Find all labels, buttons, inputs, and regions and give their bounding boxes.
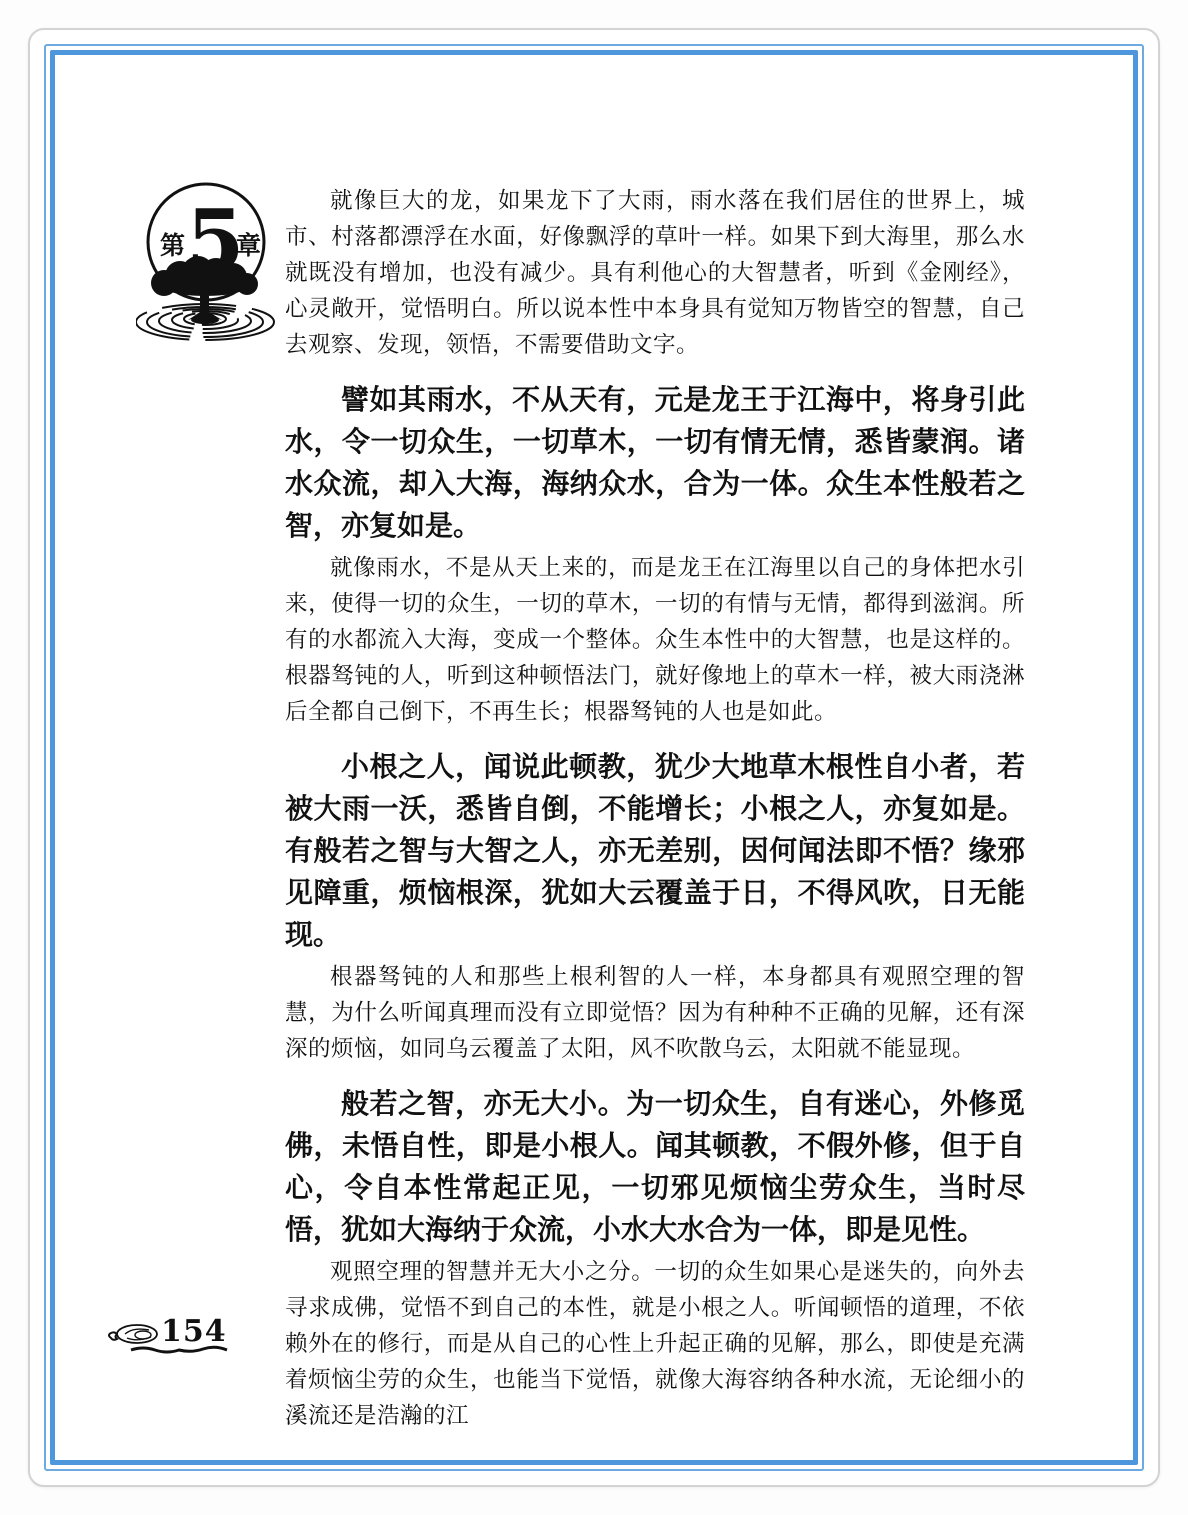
page-number: 154 [161,1314,227,1349]
chapter-suffix: 章 [236,231,261,260]
chapter-badge-graphic: 第 5 章 [136,180,286,350]
paragraph-sutra-quote-2: 小根之人，闻说此顿教，犹少大地草木根性自小者，若被大雨一沃，悉皆自倒，不能增长；… [285,746,1025,956]
paragraph-commentary-2: 就像雨水，不是从天上来的，而是龙王在江海里以自己的身体把水引来，使得一切的众生，… [285,550,1025,730]
page-footer: 154 [103,1312,263,1360]
paragraph-sutra-quote-3: 般若之智，亦无大小。为一切众生，自有迷心，外修觅佛，未悟自性，即是小根人。闻其顿… [285,1083,1025,1251]
paragraph-commentary-4: 观照空理的智慧并无大小之分。一切的众生如果心是迷失的，向外去寻求成佛，觉悟不到自… [285,1254,1025,1434]
main-text-column: 就像巨大的龙，如果龙下了大雨，雨水落在我们居住的世界上，城市、村落都漂浮在水面，… [285,183,1025,1434]
paragraph-sutra-quote-1: 譬如其雨水，不从天有，元是龙王于江海中，将身引此水，令一切众生，一切草木，一切有… [285,379,1025,547]
paragraph-commentary-1: 就像巨大的龙，如果龙下了大雨，雨水落在我们居住的世界上，城市、村落都漂浮在水面，… [285,183,1025,363]
paragraph-commentary-3: 根器驽钝的人和那些上根利智的人一样，本身都具有观照空理的智慧，为什么听闻真理而没… [285,959,1025,1067]
chapter-badge: 第 5 章 [136,180,286,350]
chapter-prefix: 第 [160,231,185,260]
